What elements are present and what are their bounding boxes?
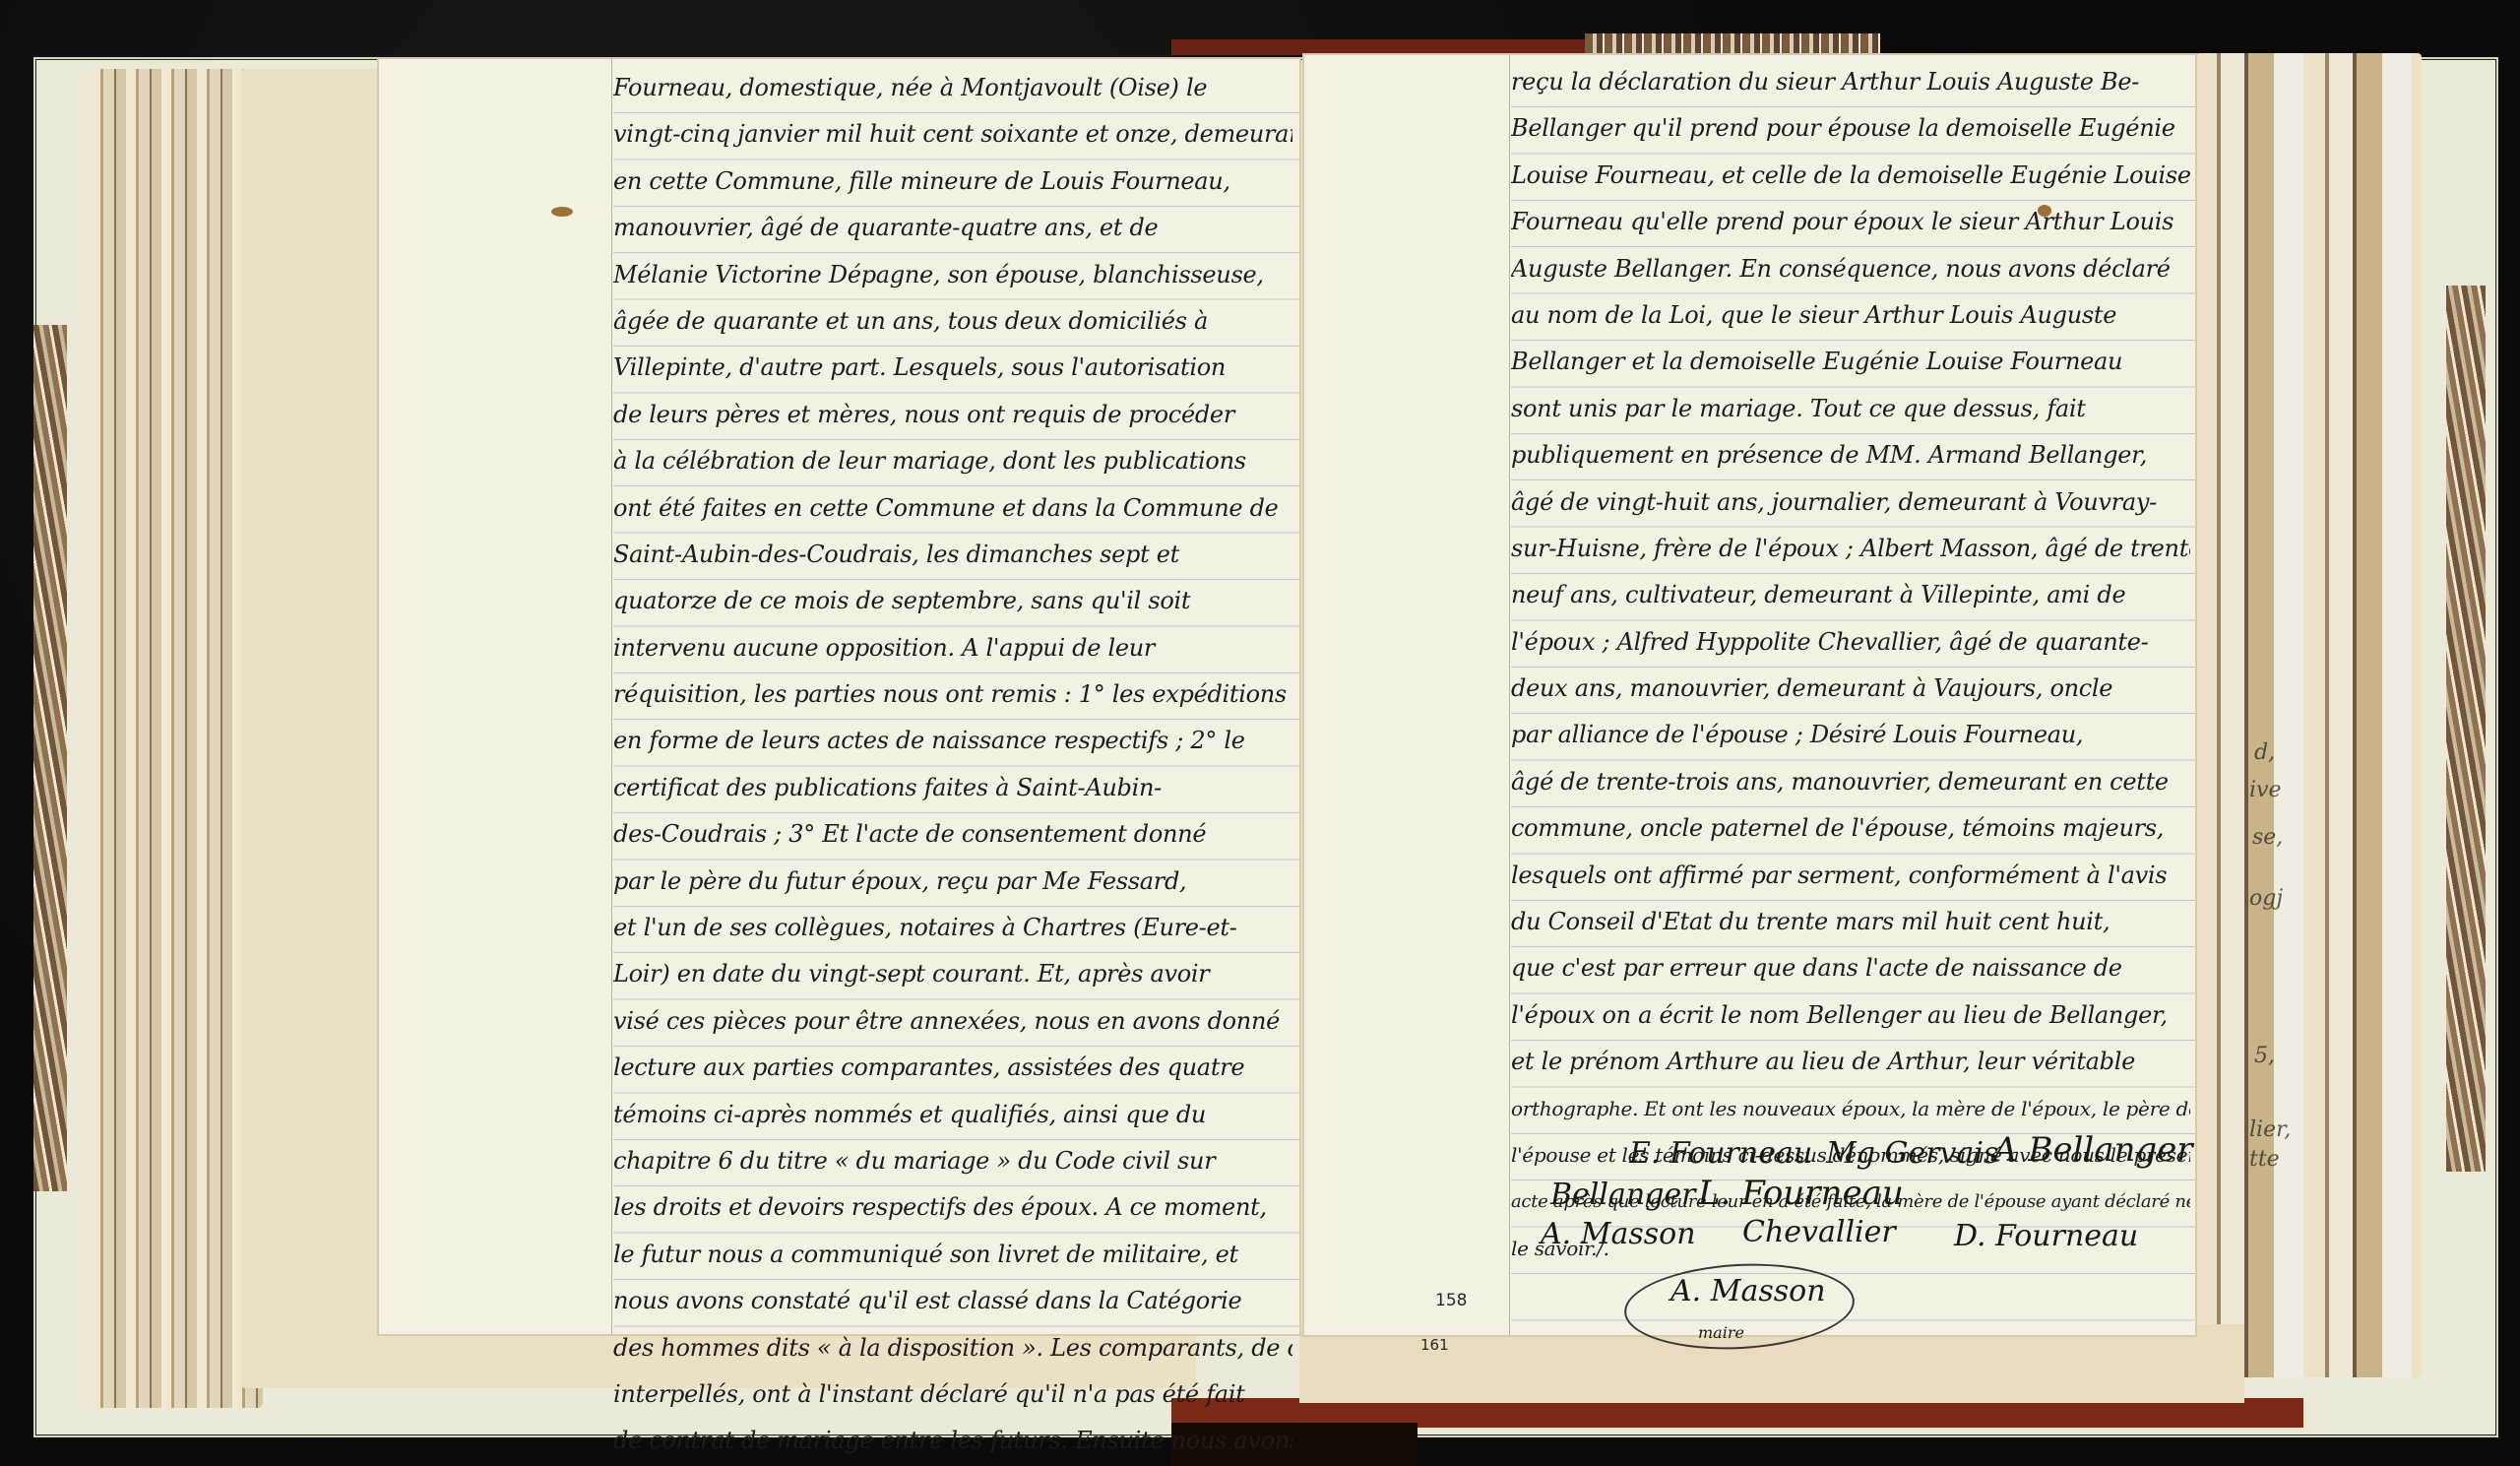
text-line: en forme de leurs actes de naissance res… [613,718,1292,764]
text-line: Saint-Aubin-des-Coudrais, les dimanches … [613,532,1292,578]
margin-rule [611,59,612,1334]
marbled-endpaper-right [2446,286,2486,1172]
edge-fragment: ogj [2249,886,2283,911]
text-line: lecture aux parties comparantes, assisté… [613,1045,1292,1091]
edge-fragment: 5, [2254,1044,2275,1068]
signature-bellanger: Bellanger [1550,1178,1696,1212]
page-stack-left [91,69,263,1408]
text-line: Villepinte, d'autre part. Lesquels, sous… [613,345,1292,391]
text-line: par le père du futur époux, reçu par Me … [613,859,1292,905]
signature-l-fourneau: L. Fourneau [1698,1174,1904,1213]
text-line: nous avons constaté qu'il est classé dan… [613,1278,1292,1324]
edge-fragment: ive [2249,778,2281,802]
text-line: Loir) en date du vingt-sept courant. Et,… [613,951,1292,997]
text-line: interpellés, ont à l'instant déclaré qu'… [613,1371,1292,1418]
text-line: certificat des publications faites à Sai… [613,765,1292,811]
left-page: Fourneau, domestique, née à Montjavoult … [379,59,1299,1334]
edge-fragment: se, [2252,825,2283,850]
signatures: E. Fourneau Mg Gervais A Bellanger Bella… [1304,55,2195,1335]
signature-a-masson: A. Masson [1541,1217,1696,1251]
text-line: Fourneau, domestique, née à Montjavoult … [613,65,1292,111]
text-line: visé ces pièces pour être annexées, nous… [613,998,1292,1045]
left-page-text: Fourneau, domestique, née à Montjavoult … [613,65,1292,1465]
text-line: témoins ci-après nommés et qualifiés, ai… [613,1092,1292,1138]
text-line: des hommes dits « à la disposition ». Le… [613,1325,1292,1371]
text-line: en cette Commune, fille mineure de Louis… [613,159,1292,205]
marbled-endpaper-left [33,325,67,1191]
text-line: des-Coudrais ; 3° Et l'acte de consentem… [613,811,1292,858]
signature-e-fourneau: E. Fourneau [1629,1136,1812,1171]
text-line: le futur nous a communiqué son livret de… [613,1232,1292,1278]
mayor-title: maire [1698,1323,1744,1342]
text-line: intervenu aucune opposition. A l'appui d… [613,625,1292,671]
signature-chevallier: Chevallier [1742,1215,1896,1249]
signature-d-fourneau: D. Fourneau [1954,1219,2138,1253]
page-number: 158 [1435,1291,1467,1310]
text-line: à la célébration de leur mariage, dont l… [613,438,1292,484]
marbled-edge-top [1585,33,1880,55]
binding-spine-top [1171,39,1585,55]
underlying-page-number: 161 [1420,1336,1449,1354]
right-page: reçu la déclaration du sieur Arthur Loui… [1304,55,2195,1335]
text-line: les droits et devoirs respectifs des épo… [613,1184,1292,1231]
signature-gervais: Mg Gervais [1826,1136,1998,1171]
text-line: de leurs pères et mères, nous ont requis… [613,392,1292,438]
text-line: manouvrier, âgé de quarante-quatre ans, … [613,205,1292,251]
edge-fragment: d, [2254,740,2275,765]
text-line: quatorze de ce mois de septembre, sans q… [613,578,1292,624]
signature-mayor: A. Masson [1670,1274,1826,1308]
text-line: et l'un de ses collègues, notaires à Cha… [613,905,1292,951]
text-line: de contrat de mariage entre les futurs. … [613,1418,1292,1464]
edge-fragment: tte [2249,1147,2280,1172]
text-line: réquisition, les parties nous ont remis … [613,671,1292,718]
signature-a-bellanger: A Bellanger [1993,1130,2193,1170]
text-line: Mélanie Victorine Dépagne, son épouse, b… [613,252,1292,298]
edge-fragment: lier, [2249,1117,2291,1142]
page-stack-right [2195,53,2422,1377]
text-line: âgée de quarante et un ans, tous deux do… [613,298,1292,345]
ink-stain [551,207,573,217]
text-line: ont été faites en cette Commune et dans … [613,485,1292,532]
text-line: vingt-cinq janvier mil huit cent soixant… [613,111,1292,158]
text-line: chapitre 6 du titre « du mariage » du Co… [613,1138,1292,1184]
